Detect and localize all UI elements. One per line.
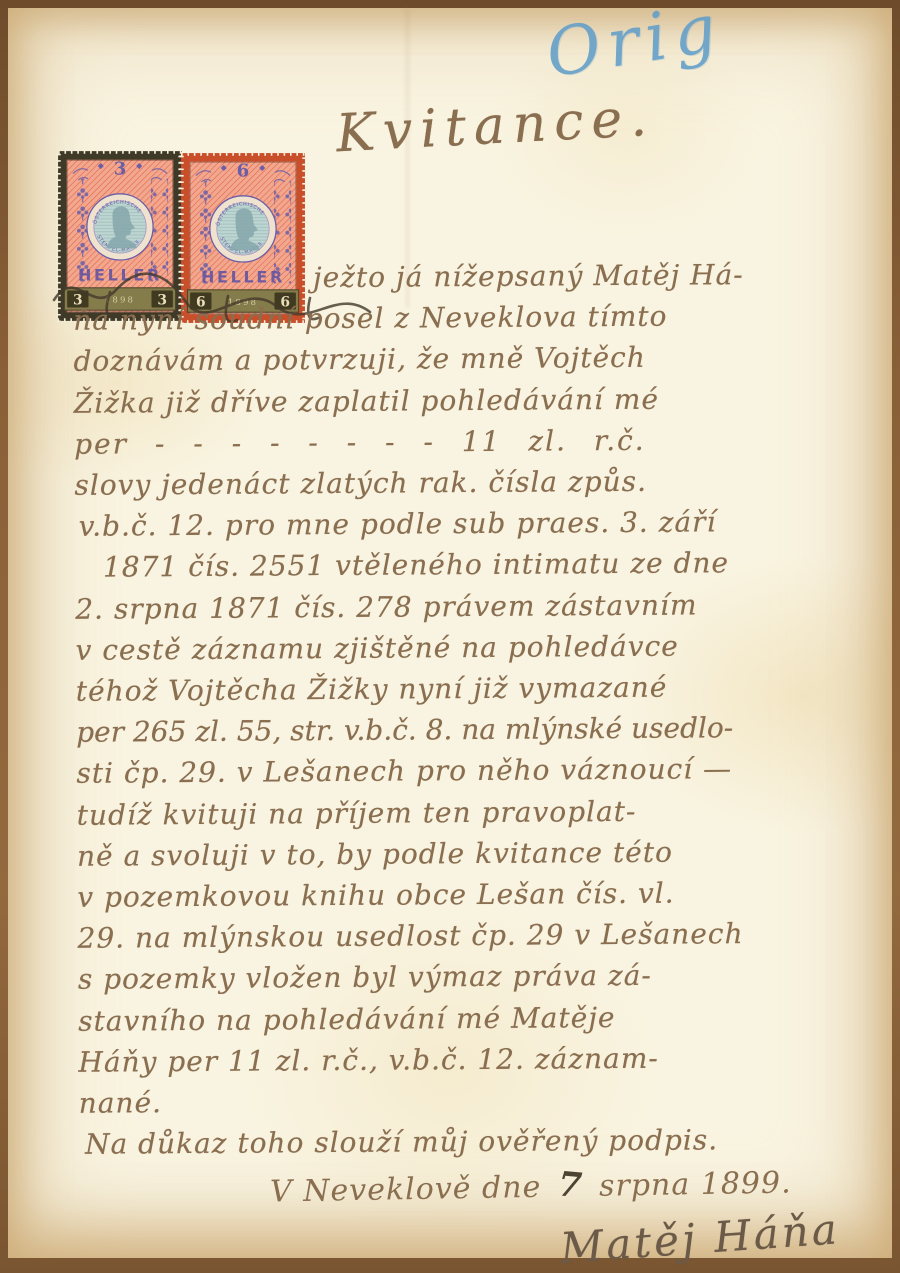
handwriting-line: doznávám a potvrzuji, že mně Vojtěch [73, 336, 873, 383]
handwriting-line: nané. [79, 1077, 879, 1124]
medallion: ÖSTERREICHISCHE STEMPEL-MARKE [210, 196, 276, 262]
document-page: Orig Kvitance. [8, 8, 892, 1258]
handwritten-body: ježto já nížepsaný Matěj Há- ňa nyní sou… [73, 253, 879, 1165]
date-prefix: V Neveklově dne [270, 1170, 542, 1210]
handwriting-line: tudíž kvituji na příjem ten pravoplat- [77, 789, 877, 836]
handwriting-line: ňa nyní soudní posel z Neveklova tímto [73, 294, 873, 341]
date-suffix: srpna 1899. [599, 1165, 792, 1203]
denomination-numeral: 6 [237, 161, 250, 182]
medallion: ÖSTERREICHISCHE STEMPEL-MARKE [87, 194, 153, 260]
handwriting-line: ně a svoluji v to, by podle kvitance tét… [77, 830, 877, 877]
handwriting-line: v pozemkovou knihu obce Lešan čís. vl. [77, 871, 877, 918]
handwriting-line: 1871 čís. 2551 vtěleného intimatu ze dne [103, 542, 875, 589]
handwriting-line: 2. srpna 1871 čís. 278 právem zástavním [75, 583, 875, 630]
handwriting-line: téhož Vojtěcha Žižky nyní již vymazané [76, 665, 876, 712]
handwriting-line: s pozemky vložen byl výmaz práva zá- [78, 954, 878, 1001]
handwriting-line: per 265 zl. 55, str. v.b.č. 8. na mlýnsk… [76, 706, 876, 753]
date-day: 7 [556, 1164, 584, 1206]
denomination-numeral: 3 [114, 159, 127, 180]
scan-frame: Orig Kvitance. [0, 0, 900, 1273]
document-title: Kvitance. [335, 88, 656, 165]
handwriting-line: 29. na mlýnskou usedlost čp. 29 v Lešane… [77, 912, 877, 959]
handwriting-line: stavního na pohledávání mé Matěje [78, 995, 878, 1042]
date-line: V Neveklově dne 7 srpna 1899. [270, 1161, 792, 1210]
handwriting-line: per - - - - - - - - 11 zl. r.č. [74, 418, 874, 465]
signature-matej-hana: Matěj Háňa [559, 1204, 842, 1272]
handwriting-line: sti čp. 29. v Lešanech pro něho váznoucí… [76, 748, 876, 795]
handwriting-line: slovy jedenáct zlatých rak. čísla způs. [74, 459, 874, 506]
handwriting-line: v.b.č. 12. pro mne podle sub praes. 3. z… [79, 500, 875, 547]
handwriting-line: ježto já nížepsaný Matěj Há- [313, 253, 873, 298]
handwriting-line: Háňy per 11 zl. r.č., v.b.č. 12. záznam- [78, 1036, 878, 1083]
handwriting-line: Na důkaz toho slouží můj ověřený podpis. [85, 1118, 879, 1165]
handwriting-line: v cestě záznamu zjištěné na pohledávce [75, 624, 875, 671]
orig-annotation: Orig [541, 0, 728, 92]
handwriting-line: Žižka již dříve zaplatil pohledávání mé [74, 377, 874, 424]
